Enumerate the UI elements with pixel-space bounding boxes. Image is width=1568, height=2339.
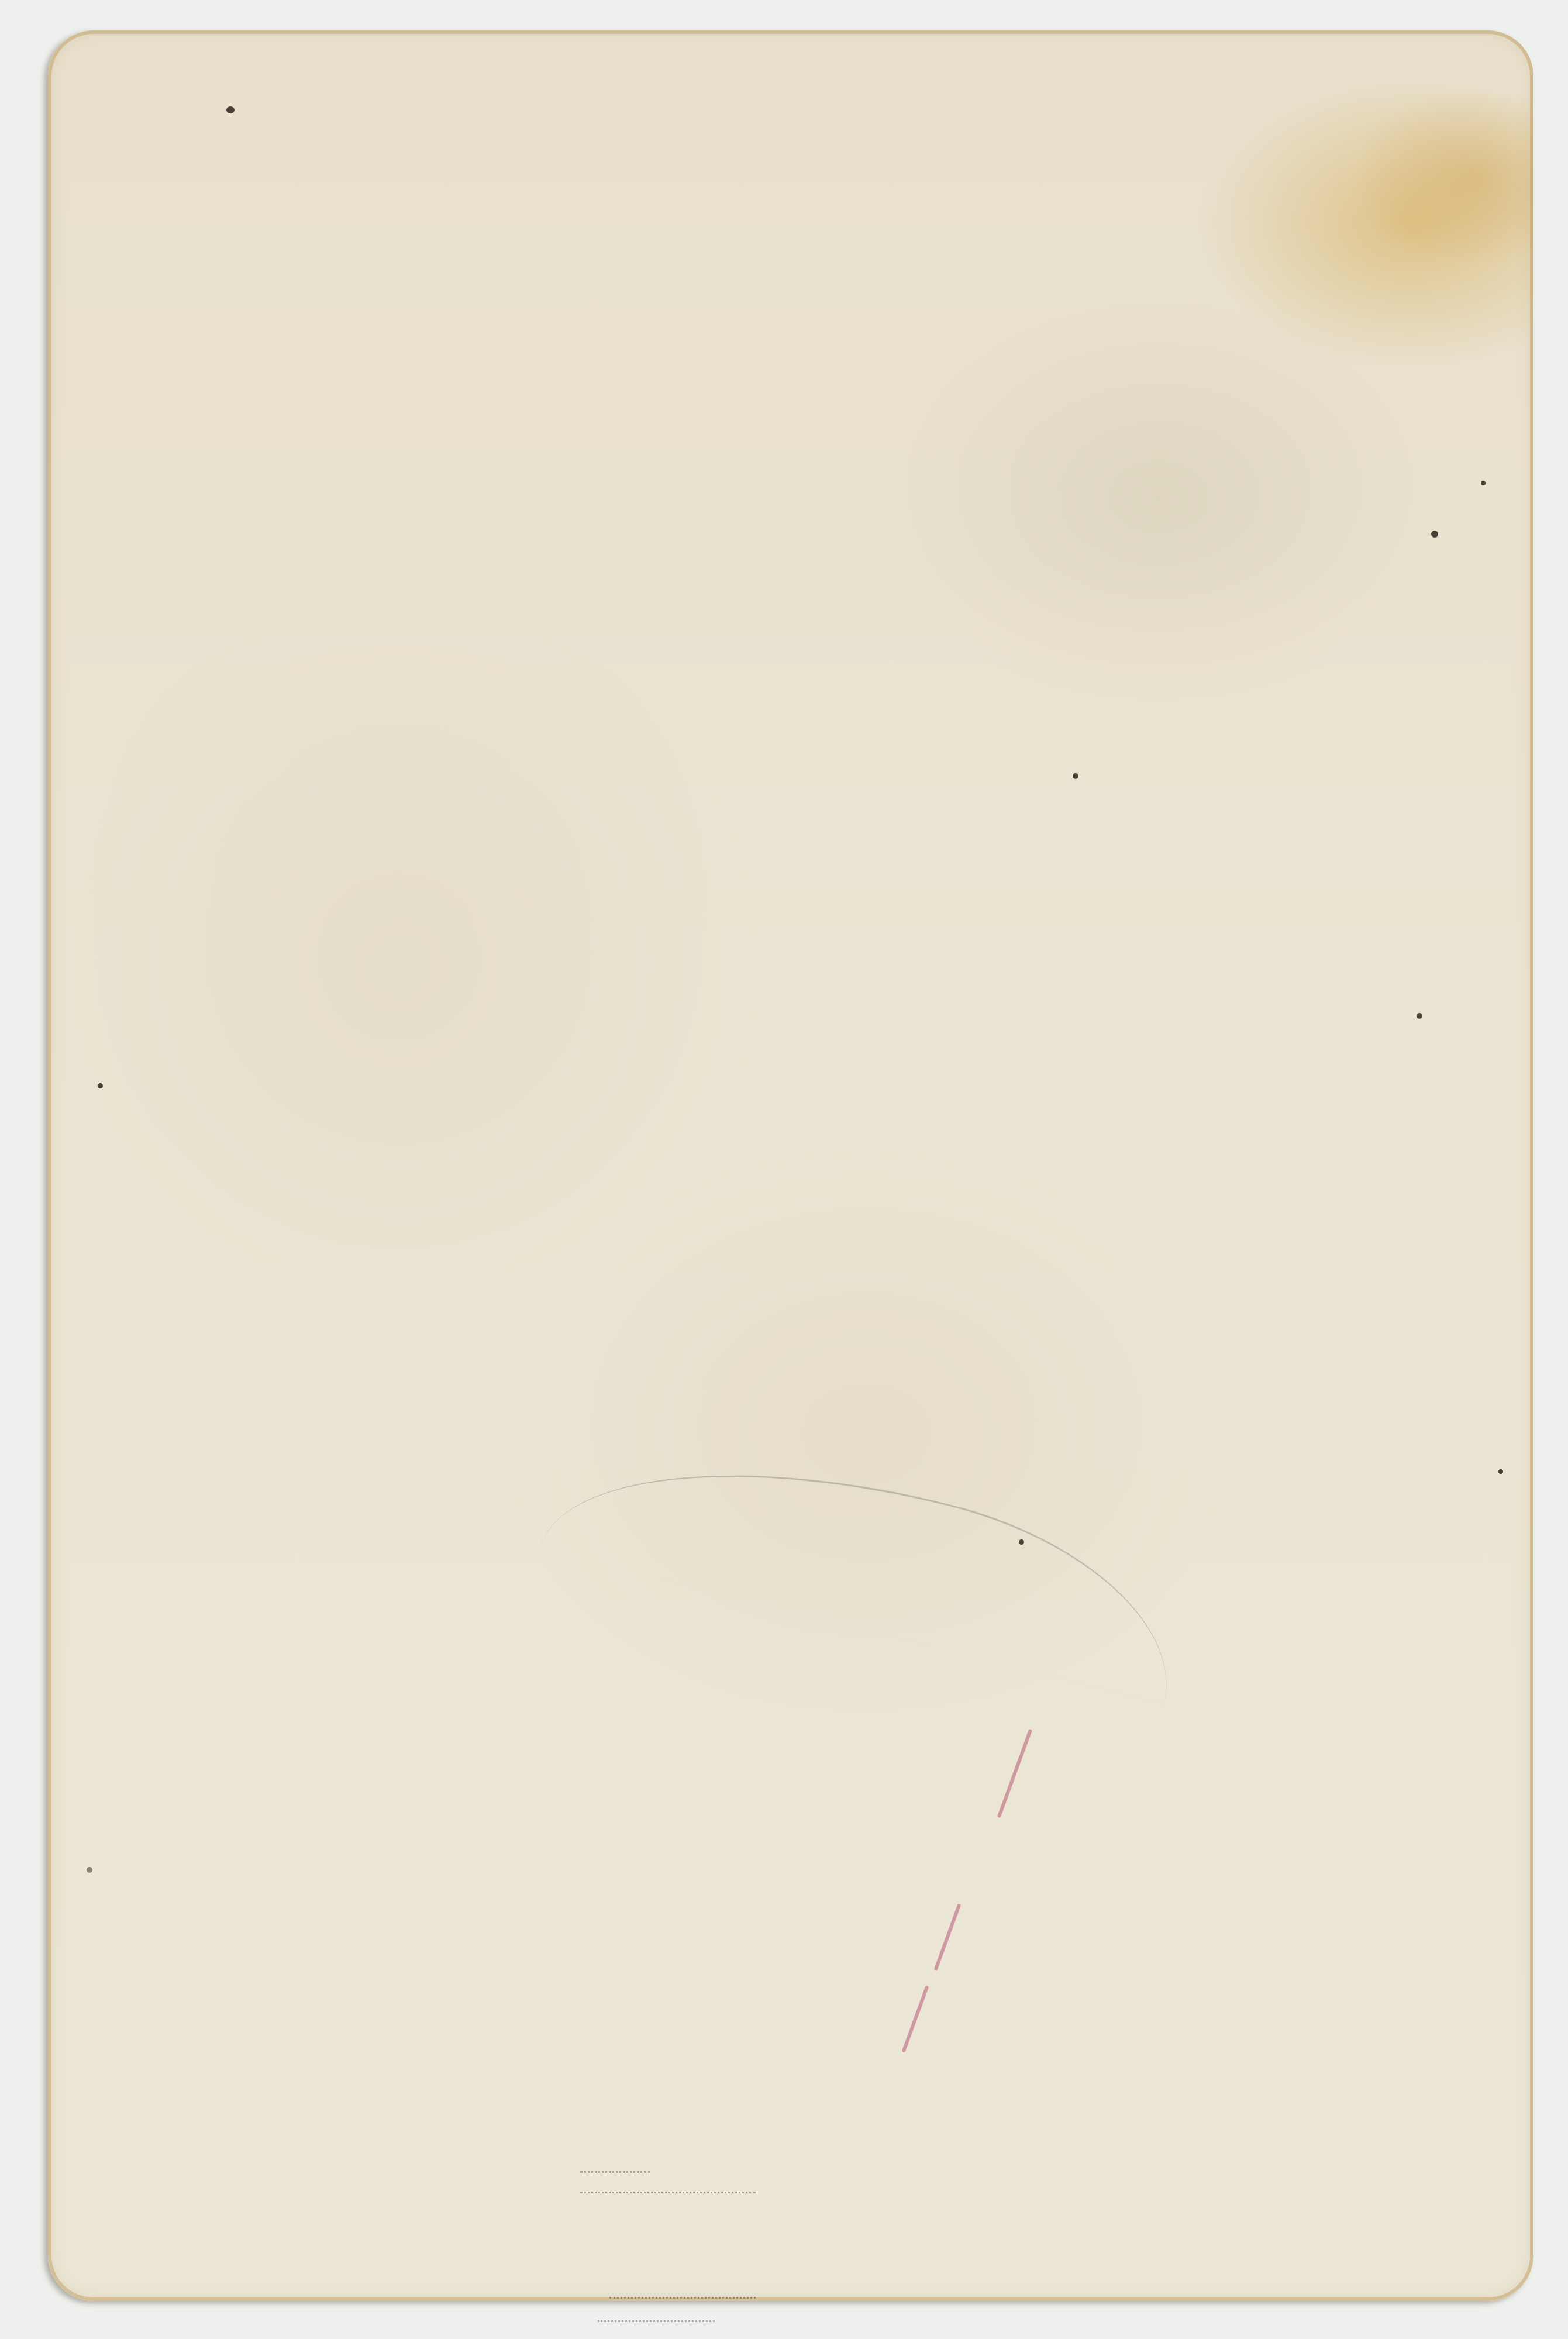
pink-mark	[997, 1729, 1032, 1818]
speck	[87, 1867, 92, 1873]
photographer-imprint	[504, 2159, 1498, 2335]
imprint-rule	[580, 2192, 756, 2195]
cabinet-card-back	[48, 30, 1533, 2301]
speck	[1498, 1469, 1503, 1474]
imprint-rule	[598, 2320, 715, 2324]
speck	[226, 106, 235, 113]
speck	[98, 1083, 103, 1088]
imprint-rule	[580, 2171, 650, 2175]
speck	[1431, 531, 1438, 538]
scratch-line	[540, 1411, 1198, 1704]
speck	[1417, 1013, 1422, 1019]
speck	[1073, 773, 1078, 779]
imprint-rule	[609, 2297, 756, 2300]
pink-mark	[934, 1904, 962, 1971]
pink-mark	[902, 1986, 929, 2053]
speck	[1481, 481, 1486, 485]
